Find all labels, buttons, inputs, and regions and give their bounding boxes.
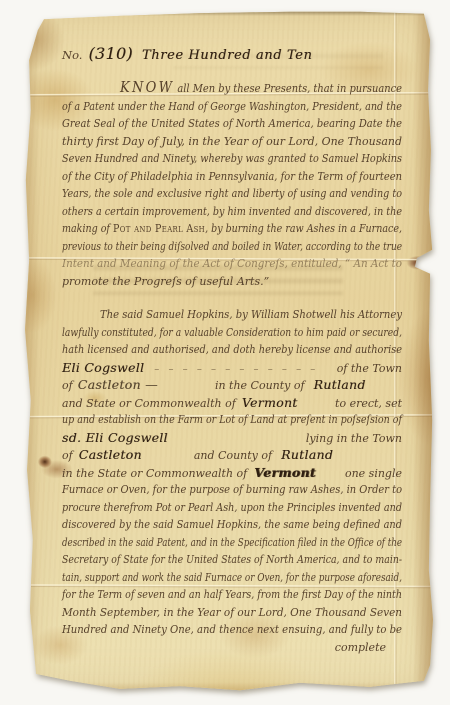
printed-line: The said Samuel Hopkins, by William Shot… [62,306,402,324]
handwritten-county: Rutland [314,376,366,394]
printed-fragment: lying in the Town [306,430,402,448]
printed-line: Secretary of State for the United States… [62,551,402,569]
printed-fragment: in the State or Commonwealth of [62,465,247,483]
printed-fragment: one single [345,465,402,483]
document-text: No. (310) Three Hundred and Ten KNOW all… [62,45,402,656]
printed-fragment: of the Town [337,360,402,378]
printed-line: thirty first Day of July, in the Year of… [62,133,402,151]
document-scan: No. (310) Three Hundred and Ten KNOW all… [0,0,450,705]
fill-line-town-2: of Castleton and County of Rutland [62,446,402,464]
handwritten-state: Vermont [254,464,316,482]
printed-line-faded: Intent and Meaning of the Act of Congreſ… [62,255,402,273]
printed-line: described in the said Patent, and in the… [62,534,402,552]
printed-line: of a Patent under the Hand of George Was… [62,98,402,116]
printed-fragment: of [62,377,73,395]
handwritten-possessor-name: sd. Eli Cogswell [62,429,168,447]
printed-fragment: of [62,447,73,465]
printed-line: promote the Progreſs of useful Arts.” [62,273,402,291]
fill-line-state-1: and State or Commonwealth of Vermont to … [62,394,402,412]
fill-line-town-1: of Castleton — in the County of Rutland [62,376,402,394]
number-label: No. [62,47,82,65]
printed-line: hath licensed and authorised, and doth h… [62,341,402,359]
catchword-line: complete [62,639,402,657]
handwritten-town: Castleton — [78,376,158,394]
handwritten-town: Castleton [79,446,142,464]
printed-fragment: and County of [194,447,272,465]
fill-line-state-2: in the State or Commonwealth of Vermont … [62,464,402,482]
printed-line: Month September, in the Year of our Lord… [62,604,402,622]
printed-line: of the City of Philadelphia in Pennsylva… [62,168,402,186]
document-number-line: No. (310) Three Hundred and Ten [62,45,402,67]
printed-line: Great Seal of the United States of North… [62,115,402,133]
patent-number-words: Three Hundred and Ten [142,47,312,65]
printed-line: KNOW all Men by these Presents, that in … [62,80,402,98]
paragraph-gap [62,290,402,306]
printed-line: previous to their being diſsolved and bo… [62,238,402,256]
fill-line-licensee: Eli Cogswell – – – – – – – – – – – – of … [62,359,402,377]
potash-term: Pot and Pearl Ash [113,222,205,235]
printed-line: tain, support and work the said Furnace … [62,569,402,587]
handwritten-licensee-name: Eli Cogswell [62,359,144,377]
printed-line: procure therefrom Pot or Pearl Ash, upon… [62,499,402,517]
printed-line: Seven Hundred and Ninety, whereby was gr… [62,150,402,168]
printed-fragment: to erect, set [335,395,402,413]
ruled-dashes: – – – – – – – – – – – – [154,361,326,379]
catchword: complete [335,641,386,654]
printed-fragment: in the County of [215,377,305,395]
printed-line: Furnace or Oven, for the purpose of burn… [62,481,402,499]
printed-fragment: and State or Commonwealth of [62,395,236,413]
printed-line: others a certain improvement, by him inv… [62,203,402,221]
printed-line: discovered by the said Samuel Hopkins, t… [62,516,402,534]
printed-line: Years, the sole and exclusive right and … [62,185,402,203]
aged-paper-sheet: No. (310) Three Hundred and Ten KNOW all… [23,9,435,693]
handwritten-state: Vermont [242,394,298,412]
opening-word: KNOW [120,80,174,96]
patent-number-numeral: (310) [88,45,133,63]
fill-line-possessor: sd. Eli Cogswell lying in the Town [62,429,402,447]
printed-line-potash: making of Pot and Pearl Ash, by burning … [62,220,402,238]
printed-line: Hundred and Ninety One, and thence next … [62,621,402,639]
printed-line: for the Term of seven and an half Years,… [62,586,402,604]
printed-line: lawfully constituted, for a valuable Con… [62,324,402,342]
handwritten-county: Rutland [281,446,333,464]
printed-line: up and establish on the Farm or Lot of L… [62,411,402,429]
